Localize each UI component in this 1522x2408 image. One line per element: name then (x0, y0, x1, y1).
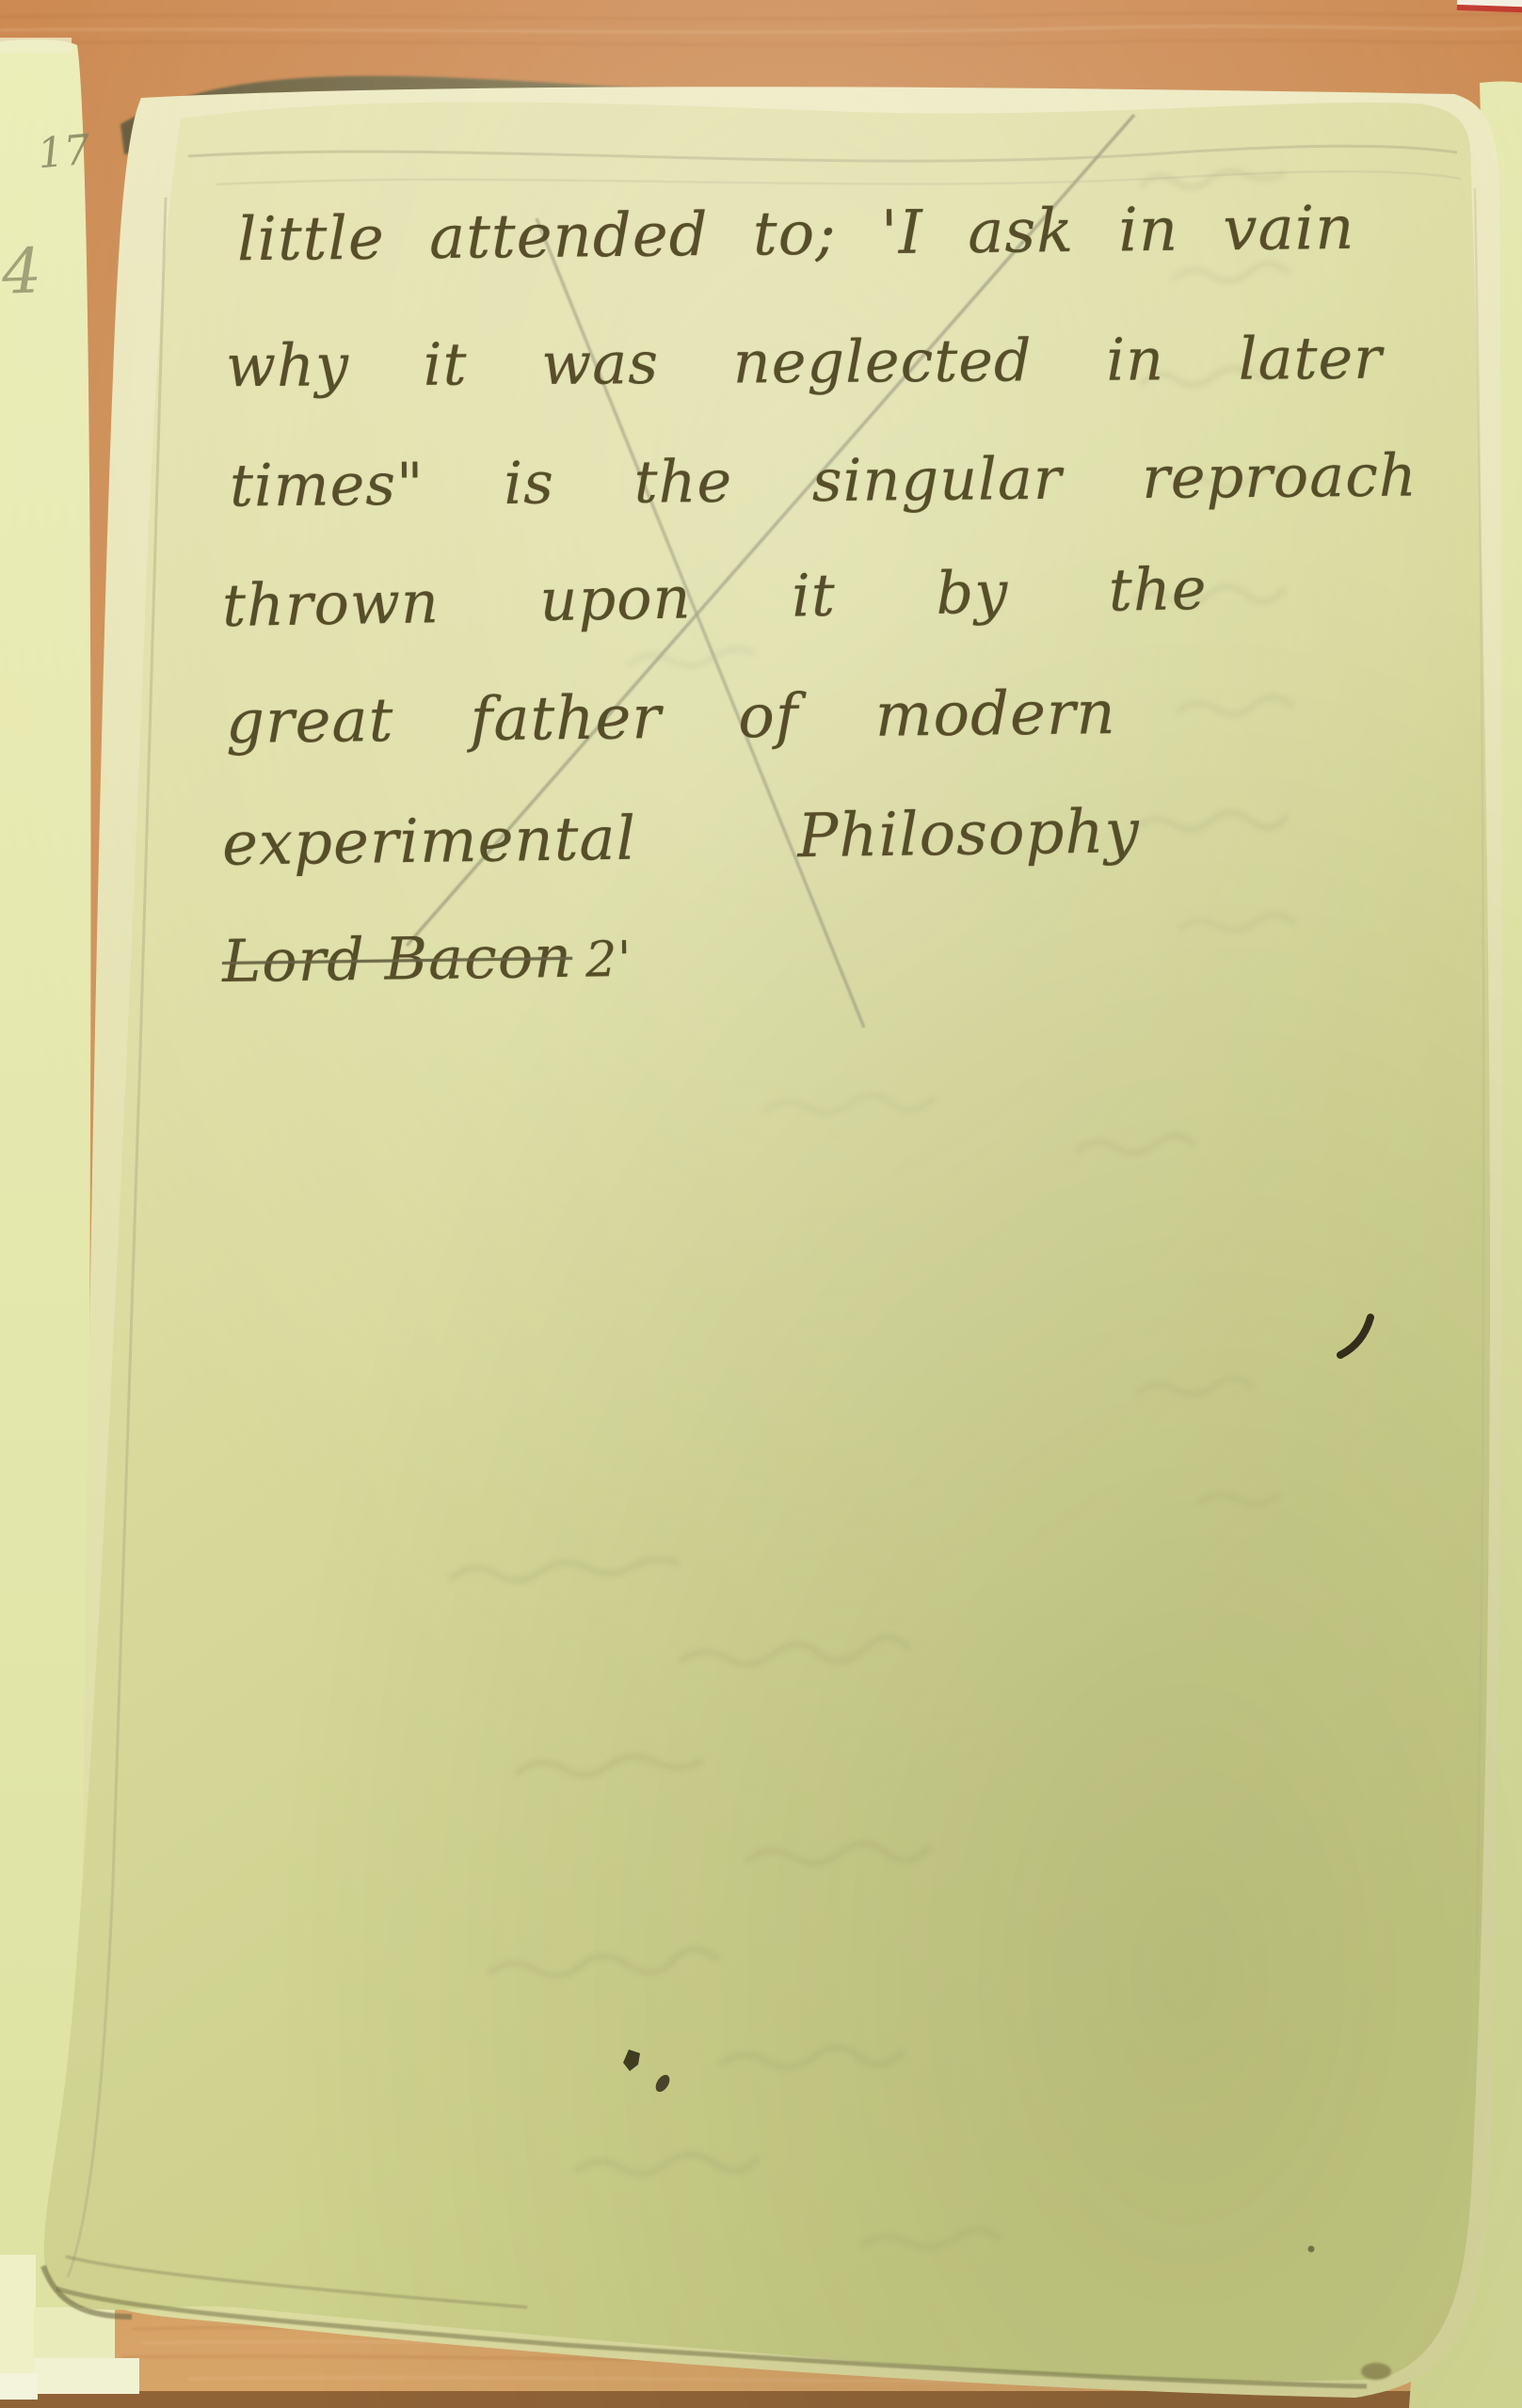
handwritten-line-5: great father of modern (226, 678, 1116, 757)
margin-mark: 4 (1, 234, 43, 308)
handwritten-line-3: times" is the singular reproach (230, 440, 1418, 519)
handwritten-line-7: Lord Bacon2' (222, 921, 633, 996)
page-number: 17 (36, 126, 92, 179)
handwritten-line-6: experimental Philosophy (222, 797, 1141, 880)
handwritten-line-1: little attended to; 'I ask in vain (237, 194, 1355, 275)
note-mark: 2' (585, 932, 633, 989)
handwritten-line-2: why it was neglected in later (226, 324, 1383, 401)
struck-through-text: Lord Bacon (222, 922, 573, 996)
manuscript-photo: 17 4 little attended to; 'I ask in vain … (0, 0, 1522, 2408)
